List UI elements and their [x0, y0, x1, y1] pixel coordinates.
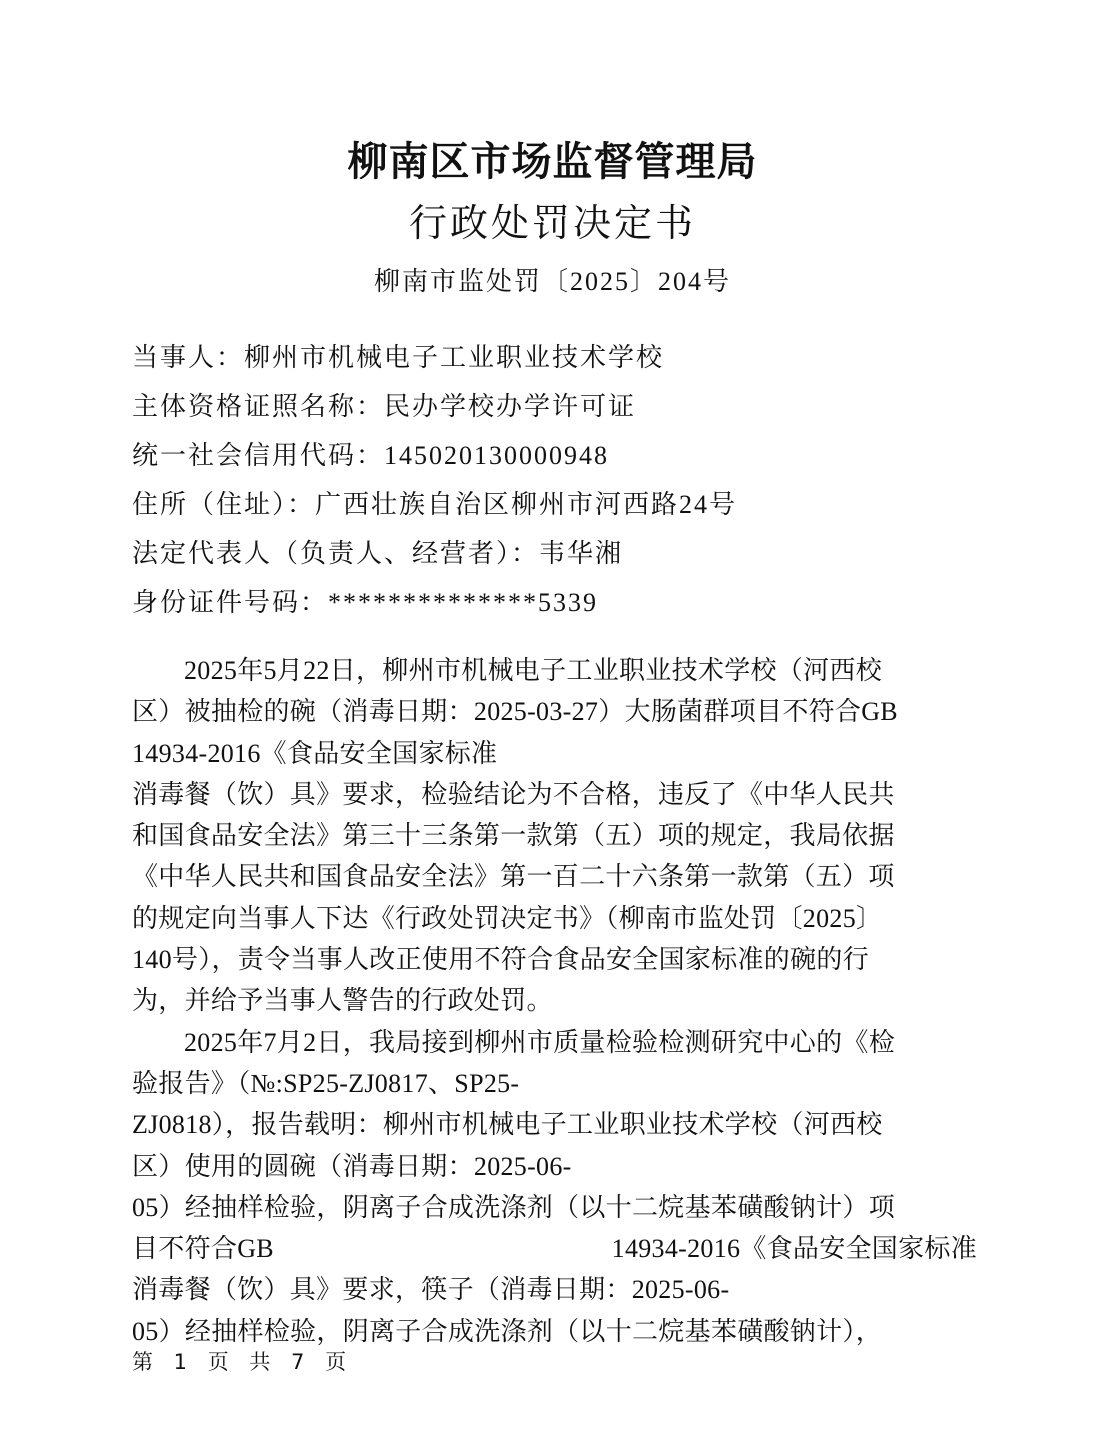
body-line: 消毒餐（饮）具》要求，检验结论为不合格，违反了《中华人民共 — [132, 775, 977, 816]
address-row: 住所（住址）：广西壮族自治区柳州市河西路24号 — [132, 485, 992, 534]
body-line: 《中华人民共和国食品安全法》第一百二十六条第一款第（五）项 — [132, 857, 977, 898]
field-value: 柳州市机械电子工业职业技术学校 — [244, 343, 664, 372]
body-line: 目不符合GB 14934-2016《食品安全国家标准 — [132, 1229, 977, 1270]
field-value: 广西壮族自治区柳州市河西路24号 — [315, 490, 737, 519]
document-type-title: 行政处罚决定书 — [0, 198, 1105, 250]
body-line: 的规定向当事人下达《行政处罚决定书》（柳南市监处罚〔2025〕 — [132, 899, 977, 940]
body-line: 140号），责令当事人改正使用不符合食品安全国家标准的碗的行 — [132, 940, 977, 981]
field-value: 韦华湘 — [539, 539, 623, 568]
document-number: 柳南市监处罚〔2025〕204号 — [0, 262, 1105, 302]
body-line: 2025年7月2日，我局接到柳州市质量检验检测研究中心的《检 — [132, 1023, 977, 1064]
credit-code-row: 统一社会信用代码：145020130000948 — [132, 436, 992, 485]
field-label: 身份证件号码： — [132, 588, 328, 617]
field-label: 住所（住址）： — [132, 490, 315, 519]
field-label: 主体资格证照名称： — [132, 392, 384, 421]
field-label: 统一社会信用代码： — [132, 441, 384, 470]
field-value: 民办学校办学许可证 — [384, 392, 636, 421]
body-line-left: 目不符合GB — [132, 1229, 274, 1270]
legal-representative-row: 法定代表人（负责人、经营者）：韦华湘 — [132, 534, 992, 583]
field-value: 145020130000948 — [384, 441, 609, 470]
document-body: 2025年5月22日，柳州市机械电子工业职业技术学校（河西校 区）被抽检的碗（消… — [132, 651, 977, 1353]
party-info-section: 当事人：柳州市机械电子工业职业技术学校 主体资格证照名称：民办学校办学许可证 统… — [132, 338, 992, 632]
body-line: 区）使用的圆碗（消毒日期：2025-06- — [132, 1147, 977, 1188]
field-label: 当事人： — [132, 343, 244, 372]
body-line: 05）经抽样检验，阴离子合成洗涤剂（以十二烷基苯磺酸钠计）项 — [132, 1188, 977, 1229]
body-line: ZJ0818），报告载明：柳州市机械电子工业职业技术学校（河西校 — [132, 1105, 977, 1146]
agency-title: 柳南区市场监督管理局 — [0, 136, 1105, 188]
field-label: 法定代表人（负责人、经营者）： — [132, 539, 539, 568]
body-line: 14934-2016《食品安全国家标准 — [132, 734, 977, 775]
body-line: 消毒餐（饮）具》要求，筷子（消毒日期：2025-06- — [132, 1270, 977, 1311]
body-line: 为，并给予当事人警告的行政处罚。 — [132, 981, 977, 1022]
field-value: **************5339 — [328, 588, 598, 617]
id-number-row: 身份证件号码：**************5339 — [132, 583, 992, 632]
page-indicator: 第 1 页 共 7 页 — [132, 1346, 350, 1376]
body-line-right: 14934-2016《食品安全国家标准 — [612, 1229, 977, 1270]
body-line: 2025年5月22日，柳州市机械电子工业职业技术学校（河西校 — [132, 651, 977, 692]
body-line: 验报告》（№:SP25-ZJ0817、SP25- — [132, 1064, 977, 1105]
party-name-row: 当事人：柳州市机械电子工业职业技术学校 — [132, 338, 992, 387]
body-line: 区）被抽检的碗（消毒日期：2025-03-27）大肠菌群项目不符合GB — [132, 692, 977, 733]
body-line: 和国食品安全法》第三十三条第一款第（五）项的规定，我局依据 — [132, 816, 977, 857]
license-name-row: 主体资格证照名称：民办学校办学许可证 — [132, 387, 992, 436]
